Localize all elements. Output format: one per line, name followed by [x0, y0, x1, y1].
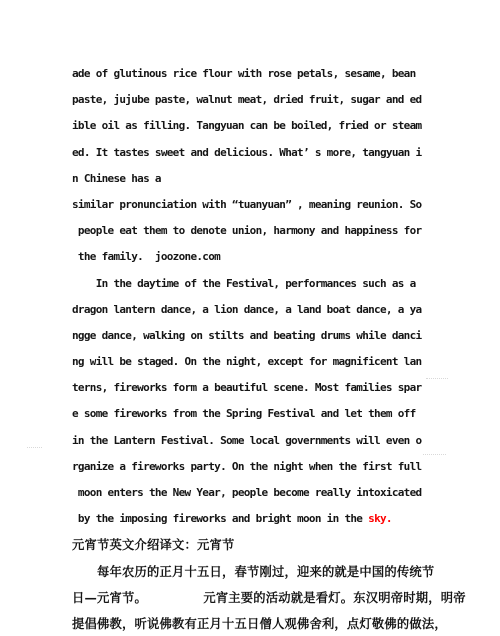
text-line-content: ng will be staged. On the night, except …: [72, 355, 421, 368]
text-line: dragon lantern dance, a lion dance, a la…: [72, 297, 492, 323]
text-line: In the daytime of the Festival, performa…: [72, 271, 492, 297]
text-line-content: moon enters the New Year, people become …: [72, 486, 421, 499]
text-line: paste, jujube paste, walnut meat, dried …: [72, 87, 492, 113]
text-line-content: ible oil as filling. Tangyuan can be boi…: [72, 119, 421, 132]
text-line: ible oil as filling. Tangyuan can be boi…: [72, 113, 492, 139]
text-line-content: 提倡佛教，听说佛教有正月十五日僧人观佛舍利，点灯敬佛的做法，: [72, 617, 447, 631]
text-line-content: in the Lantern Festival. Some local gove…: [72, 434, 421, 447]
text-line: 提倡佛教，听说佛教有正月十五日僧人观佛舍利，点灯敬佛的做法，: [72, 611, 492, 636]
text-block: ade of glutinous rice flour with rose pe…: [72, 61, 492, 636]
text-line: 元宵节英文介绍译文：元宵节: [72, 532, 492, 558]
text-line: ade of glutinous rice flour with rose pe…: [72, 61, 492, 87]
text-line-content: by the imposing fireworks and bright moo…: [72, 512, 368, 525]
text-line: n Chinese has a: [72, 166, 492, 192]
text-line-content: 每年农历的正月十五日，春节刚过，迎来的就是中国的传统节: [72, 565, 434, 579]
document-page: ade of glutinous rice flour with rose pe…: [0, 0, 500, 636]
highlighted-word: sky.: [368, 512, 392, 525]
text-line-content: 元宵节英文介绍译文：元宵节: [72, 538, 234, 552]
text-line: moon enters the New Year, people become …: [72, 480, 492, 506]
text-line-content: ade of glutinous rice flour with rose pe…: [72, 67, 416, 80]
text-line-content: n Chinese has a: [72, 172, 161, 185]
text-line-content: In the daytime of the Festival, performa…: [72, 277, 416, 290]
scan-artifact: [426, 378, 448, 379]
text-line: people eat them to denote union, harmony…: [72, 218, 492, 244]
text-line-content: people eat them to denote union, harmony…: [72, 224, 421, 237]
text-line: 每年农历的正月十五日，春节刚过，迎来的就是中国的传统节: [72, 559, 492, 585]
text-line-content: dragon lantern dance, a lion dance, a la…: [72, 303, 421, 316]
text-line: rganize a fireworks party. On the night …: [72, 454, 492, 480]
text-line: ng will be staged. On the night, except …: [72, 349, 492, 375]
text-line-content: ed. It tastes sweet and delicious. What’…: [72, 146, 421, 159]
text-line: e some fireworks from the Spring Festiva…: [72, 401, 492, 427]
text-line-content: 日—元宵节。 元宵主要的活动就是看灯。东汉明帝时期，明帝: [72, 591, 466, 605]
text-line-content: e some fireworks from the Spring Festiva…: [72, 407, 416, 420]
text-line: in the Lantern Festival. Some local gove…: [72, 428, 492, 454]
scan-artifact: [423, 454, 446, 455]
text-line: the family. joozone.com: [72, 244, 492, 270]
text-line: terns, fireworks form a beautiful scene.…: [72, 375, 492, 401]
text-line-content: paste, jujube paste, walnut meat, dried …: [72, 93, 421, 106]
text-line-content: terns, fireworks form a beautiful scene.…: [72, 381, 421, 394]
text-line: similar pronunciation with “tuanyuan” , …: [72, 192, 492, 218]
scan-artifact: [27, 447, 42, 448]
text-line: ngge dance, walking on stilts and beatin…: [72, 323, 492, 349]
text-line: ed. It tastes sweet and delicious. What’…: [72, 140, 492, 166]
text-line: 日—元宵节。 元宵主要的活动就是看灯。东汉明帝时期，明帝: [72, 585, 492, 611]
text-line-content: similar pronunciation with “tuanyuan” , …: [72, 198, 421, 211]
text-line-content: rganize a fireworks party. On the night …: [72, 460, 421, 473]
text-line-content: the family. joozone.com: [72, 250, 220, 263]
text-line-content: ngge dance, walking on stilts and beatin…: [72, 329, 421, 342]
text-line: by the imposing fireworks and bright moo…: [72, 506, 492, 532]
